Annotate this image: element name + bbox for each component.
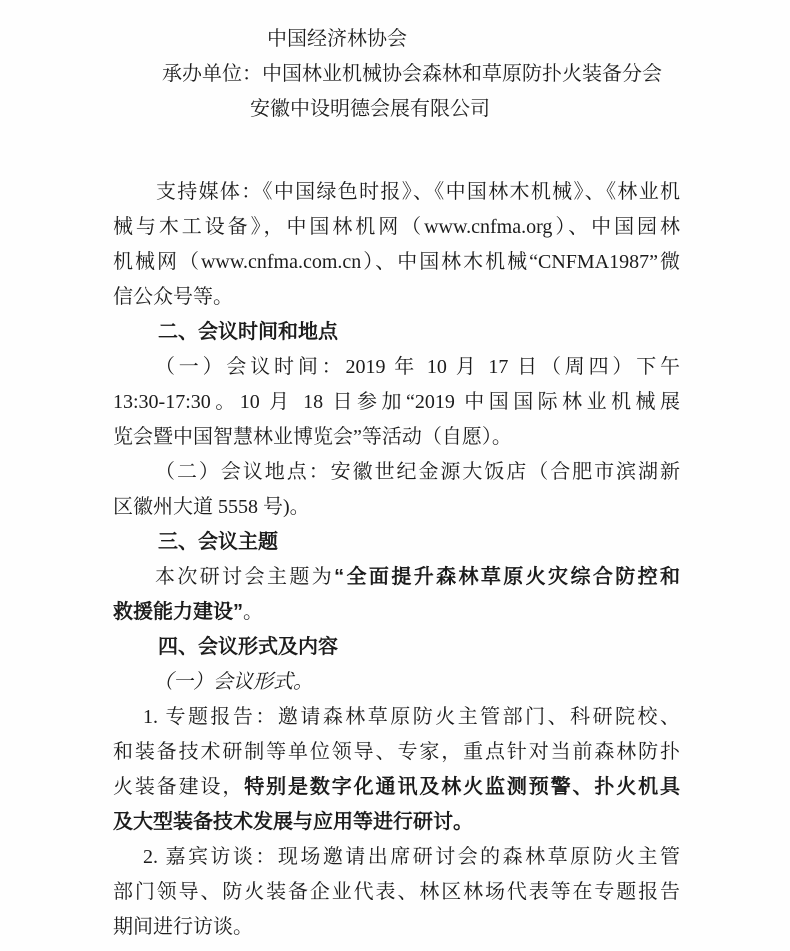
text-run: 信公众号等。 <box>113 286 233 308</box>
text-run: 火装备建设， <box>113 776 244 798</box>
item-1-line-4: 及大型装备技术发展与应用等进行研讨。 <box>113 805 680 840</box>
text-run: 。 <box>243 601 263 623</box>
item-1-line-1: 1. 专题报告：邀请森林草原防火主管部门、科研院校、 <box>113 700 680 735</box>
section-3-heading: 三、会议主题 <box>113 525 680 560</box>
bold-text-run: 救援能力建设” <box>113 601 243 623</box>
bold-text-run: “全面提升森林草原火灾综合防控和 <box>334 566 680 588</box>
theme-line-1: 本次研讨会主题为“全面提升森林草原火灾综合防控和 <box>113 560 680 595</box>
text-run: 本次研讨会主题为 <box>155 566 334 588</box>
time-line-3: 览会暨中国智慧林业博览会”等活动（自愿）。 <box>113 420 680 455</box>
time-line-1: （一）会议时间：2019 年 10 月 17 日（周四）下午 <box>113 350 680 385</box>
venue-line-1: （二）会议地点：安徽世纪金源大饭店（合肥市滨湖新 <box>113 455 680 490</box>
bold-text-run: 四、会议形式及内容 <box>158 636 338 658</box>
kaiti-text-run: （一）会议形式。 <box>153 671 313 693</box>
bold-text-run: 特别是数字化通讯及林火监测预警、扑火机具 <box>244 776 680 798</box>
text-run: 部门领导、防火装备企业代表、林区林场代表等在专题报告 <box>113 881 680 903</box>
item-1-line-3: 火装备建设，特别是数字化通讯及林火监测预警、扑火机具 <box>113 770 680 805</box>
text-run: 承办单位：中国林业机械协会森林和草原防扑火装备分会 <box>162 63 662 85</box>
text-run: 安徽中设明德会展有限公司 <box>250 98 490 120</box>
media-line-4: 信公众号等。 <box>113 280 680 315</box>
bold-text-run: 二、会议时间和地点 <box>158 321 338 343</box>
format-subheading: （一）会议形式。 <box>113 665 680 700</box>
text-run: 和装备技术研制等单位领导、专家，重点针对当前森林防扑 <box>113 741 680 763</box>
item-2-line-1: 2. 嘉宾访谈：现场邀请出席研讨会的森林草原防火主管 <box>113 840 680 875</box>
section-2-heading: 二、会议时间和地点 <box>113 315 680 350</box>
bold-text-run: 及大型装备技术发展与应用等进行研讨。 <box>113 811 473 833</box>
org-line-2: 承办单位：中国林业机械协会森林和草原防扑火装备分会 <box>113 57 680 92</box>
text-run: （一）会议时间：2019 年 10 月 17 日（周四）下午 <box>155 356 680 378</box>
bold-text-run: 三、会议主题 <box>158 531 278 553</box>
text-run: 械与木工设备》，中国林机网（www.cnfma.org）、中国园林 <box>113 216 680 238</box>
media-line-2: 械与木工设备》，中国林机网（www.cnfma.org）、中国园林 <box>113 210 680 245</box>
document-page: 中国经济林协会承办单位：中国林业机械协会森林和草原防扑火装备分会安徽中设明德会展… <box>0 0 790 951</box>
media-line-1: 支持媒体：《中国绿色时报》、《中国林木机械》、《林业机 <box>113 175 680 210</box>
text-run: 支持媒体：《中国绿色时报》、《中国林木机械》、《林业机 <box>156 181 680 203</box>
section-4-heading: 四、会议形式及内容 <box>113 630 680 665</box>
media-line-3: 机械网（www.cnfma.com.cn）、中国林木机械“CNFMA1987”微 <box>113 245 680 280</box>
time-line-2: 13:30-17:30。10 月 18 日参加“2019 中国国际林业机械展 <box>113 385 680 420</box>
text-run: 中国经济林协会 <box>267 28 407 50</box>
document-body: 中国经济林协会承办单位：中国林业机械协会森林和草原防扑火装备分会安徽中设明德会展… <box>0 0 790 945</box>
text-run: 机械网（www.cnfma.com.cn）、中国林木机械“CNFMA1987”微 <box>113 251 680 273</box>
text-run: 区徽州大道 5558 号)。 <box>113 496 310 518</box>
item-2-line-3: 期间进行访谈。 <box>113 910 680 945</box>
text-run: 1. 专题报告：邀请森林草原防火主管部门、科研院校、 <box>143 706 680 728</box>
text-run: 览会暨中国智慧林业博览会”等活动（自愿）。 <box>113 426 512 448</box>
venue-line-2: 区徽州大道 5558 号)。 <box>113 490 680 525</box>
text-run: 2. 嘉宾访谈：现场邀请出席研讨会的森林草原防火主管 <box>143 846 680 868</box>
text-run: 13:30-17:30。10 月 18 日参加“2019 中国国际林业机械展 <box>113 391 680 413</box>
item-2-line-2: 部门领导、防火装备企业代表、林区林场代表等在专题报告 <box>113 875 680 910</box>
text-run: 期间进行访谈。 <box>113 916 253 938</box>
theme-line-2: 救援能力建设”。 <box>113 595 680 630</box>
org-line-3: 安徽中设明德会展有限公司 <box>113 92 680 127</box>
item-1-line-2: 和装备技术研制等单位领导、专家，重点针对当前森林防扑 <box>113 735 680 770</box>
org-line-1: 中国经济林协会 <box>113 22 680 57</box>
text-run: （二）会议地点：安徽世纪金源大饭店（合肥市滨湖新 <box>155 461 680 483</box>
